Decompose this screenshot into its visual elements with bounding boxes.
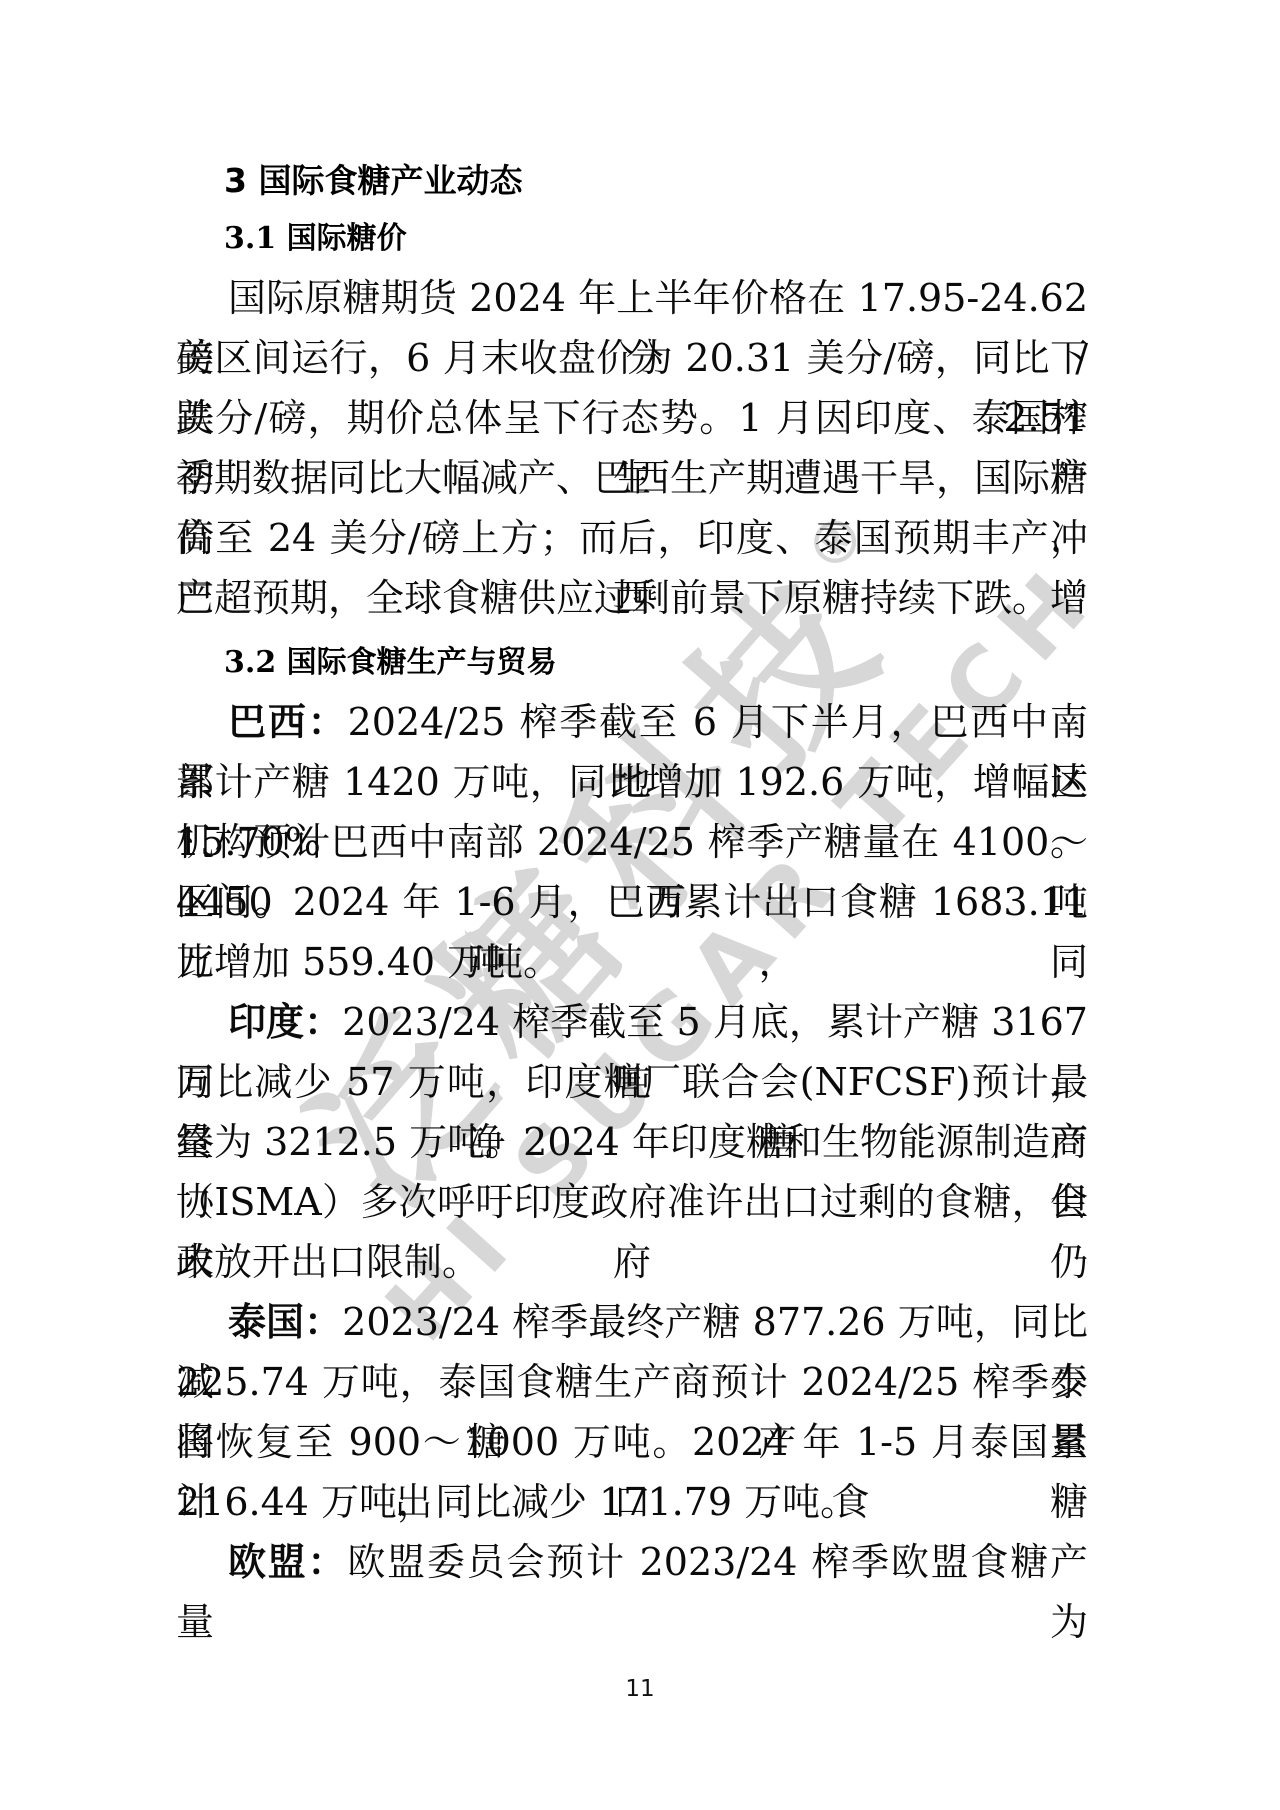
paragraph-brazil: 巴西：2024/25 榨季截至 6 月下半月，巴西中南部地区累计产糖 1420 …: [176, 692, 1088, 992]
text-line: 巴西：2024/25 榨季截至 6 月下半月，巴西中南部地区: [176, 692, 1088, 752]
paragraph-lead: 泰国：: [228, 1299, 342, 1344]
text-line: 产超预期，全球食糖供应过剩前景下原糖持续下跌。: [176, 568, 1088, 628]
paragraph-thailand: 泰国：2023/24 榨季最终产糖 877.26 万吨，同比减少225.74 万…: [176, 1292, 1088, 1532]
text-line: 区间。2024 年 1-6 月，巴西累计出口食糖 1683.11 万吨，同: [176, 872, 1088, 932]
text-line: 机构预计巴西中南部 2024/25 榨季产糖量在 4100～4450 万吨: [176, 812, 1088, 872]
text-line: 将恢复至 900～1000 万吨。2024 年 1-5 月泰国累计出口食糖: [176, 1412, 1088, 1472]
text-line: 量为 3212.5 万吨。2024 年印度糖和生物能源制造商协会: [176, 1112, 1088, 1172]
paragraph-india: 印度：2023/24 榨季截至 5 月底，累计产糖 3167 万吨，同比减少 5…: [176, 992, 1088, 1292]
paragraph-eu: 欧盟：欧盟委员会预计 2023/24 榨季欧盟食糖产量为: [176, 1532, 1088, 1592]
text-line: 国际原糖期货 2024 年上半年价格在 17.95-24.62 美分/: [176, 268, 1088, 328]
text-line: 磅区间运行，6 月末收盘价为 20.31 美分/磅，同比下跌 2.51: [176, 328, 1088, 388]
paragraph-lead: 欧盟：: [228, 1539, 347, 1584]
paragraph-lead: 巴西：: [228, 699, 348, 744]
text-line: 美分/磅，期价总体呈下行态势。1 月因印度、泰国榨季生产: [176, 388, 1088, 448]
subsection-heading-31: 3.1 国际糖价: [224, 218, 1088, 260]
text-line: 泰国：2023/24 榨季最终产糖 877.26 万吨，同比减少: [176, 1292, 1088, 1352]
section-heading: 3 国际食糖产业动态: [224, 158, 1088, 204]
document-body: 3 国际食糖产业动态 3.1 国际糖价 国际原糖期货 2024 年上半年价格在 …: [0, 0, 1088, 1592]
text-line: 累计产糖 1420 万吨，同比增加 192.6 万吨，增幅达 15.70%。: [176, 752, 1088, 812]
subsection-heading-32: 3.2 国际食糖生产与贸易: [224, 642, 1088, 684]
text-line: 高至 24 美分/磅上方；而后，印度、泰国预期丰产，巴西增: [176, 508, 1088, 568]
text-line: 225.74 万吨，泰国食糖生产商预计 2024/25 榨季泰国糖产量: [176, 1352, 1088, 1412]
text-line: 欧盟：欧盟委员会预计 2023/24 榨季欧盟食糖产量为: [176, 1532, 1088, 1592]
text-line: 印度：2023/24 榨季截至 5 月底，累计产糖 3167 万吨，: [176, 992, 1088, 1052]
text-line: 同比减少 57 万吨，印度糖厂联合会(NFCSF)预计最终净糖产: [176, 1052, 1088, 1112]
paragraph-international-price: 国际原糖期货 2024 年上半年价格在 17.95-24.62 美分/磅区间运行…: [176, 268, 1088, 628]
text-line: 初期数据同比大幅减产、巴西生产期遭遇干旱，国际糖价冲: [176, 448, 1088, 508]
text-line: （ISMA）多次呼吁印度政府准许出口过剩的食糖，但政府仍: [176, 1172, 1088, 1232]
paragraph-lead: 印度：: [228, 999, 342, 1044]
document-page: 泛糖科技® HI SUGAR TECH 3 国际食糖产业动态 3.1 国际糖价 …: [0, 0, 1280, 1810]
page-number: 11: [0, 1676, 1280, 1702]
